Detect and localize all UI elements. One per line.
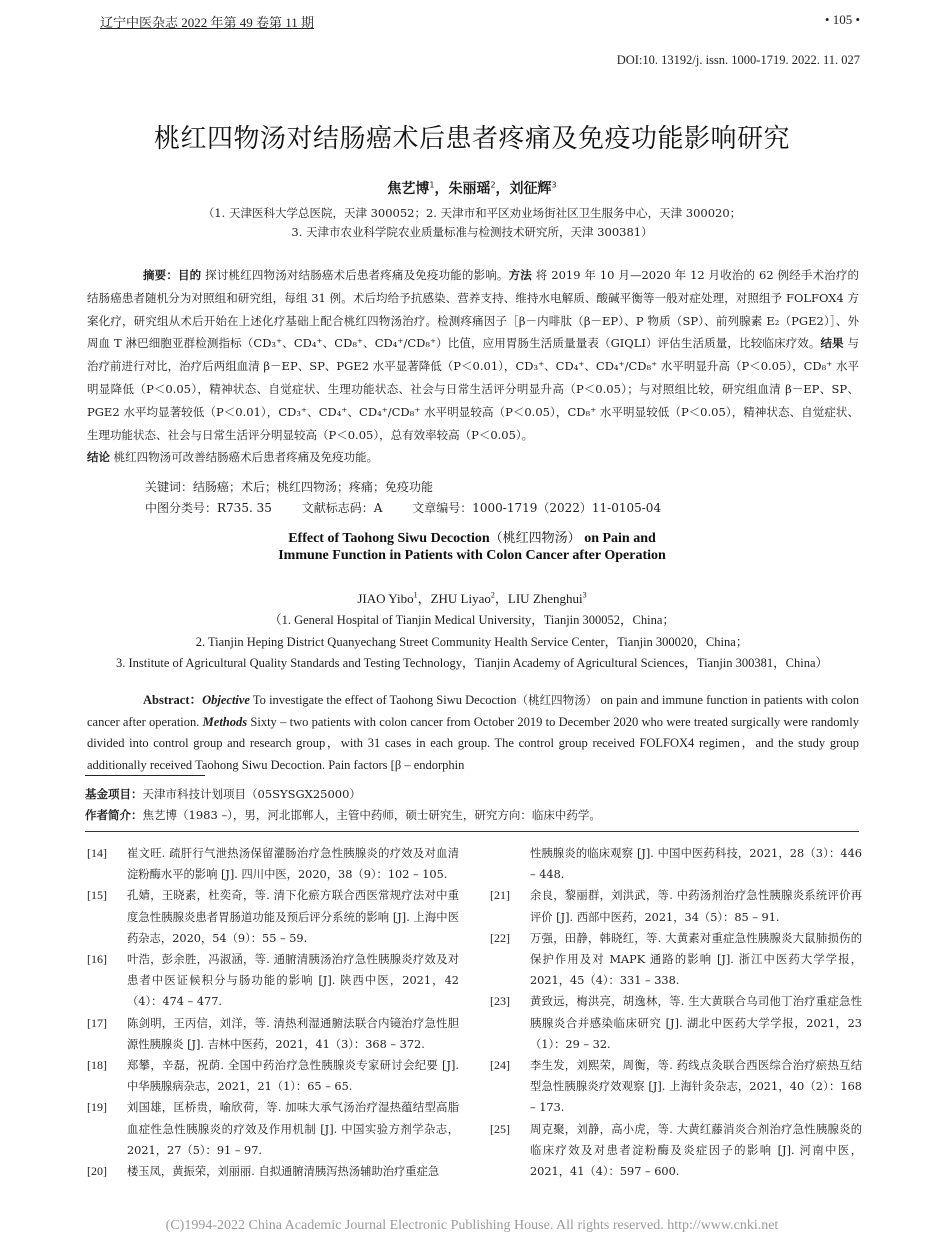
article-title-en-line2: Immune Function in Patients with Colon C… <box>0 548 944 564</box>
reference-item: [15]孔婧，王晓素，杜奕奇，等. 清下化瘀方联合西医常规疗法对中重度急性胰腺炎… <box>87 885 459 949</box>
abstract-label: 摘要： <box>143 268 178 282</box>
article-no-value: 1000-1719（2022）11-0105-04 <box>472 501 661 515</box>
abstract-cn: 摘要：目的 探讨桃红四物汤对结肠癌术后患者疼痛及免疫功能的影响。方法 将 201… <box>87 264 859 469</box>
clc-value: R735. 35 <box>217 501 272 515</box>
affiliation-en-line: （1. General Hospital of Tianjin Medical … <box>0 610 944 628</box>
authors-en: JIAO Yibo1，ZHU Liyao2，LIU Zhenghui3 <box>0 588 944 607</box>
methods-label: 方法 <box>509 268 532 282</box>
reference-number: [14] <box>87 843 127 885</box>
objective-en-label: Objective <box>202 693 250 707</box>
results-label: 结果 <box>820 336 843 350</box>
affiliation-cn-line: （1. 天津医科大学总医院，天津 300052；2. 天津市和平区劝业场街社区卫… <box>0 205 944 221</box>
reference-item-continued: 性胰腺炎的临床观察 [J]. 中国中医药科技，2021，28（3）：446 – … <box>490 843 862 885</box>
copyright-notice: (C)1994-2022 China Academic Journal Elec… <box>0 1218 944 1234</box>
conclusion-label: 结论 <box>87 450 110 464</box>
journal-issue-header: 辽宁中医杂志 2022 年第 49 卷第 11 期 <box>100 12 314 31</box>
title-en-part: Effect of Taohong Siwu Decoction <box>288 531 489 546</box>
doi: DOI:10. 13192/j. issn. 1000-1719. 2022. … <box>617 53 860 68</box>
classification-row: 中图分类号：R735. 35 文献标志码：A 文章编号：1000-1719（20… <box>145 499 661 516</box>
reference-item: [14]崔文旺. 疏肝行气泄热汤保留灌肠治疗急性胰腺炎的疗效及对血清淀粉酶水平的… <box>87 843 459 885</box>
doc-code-label: 文献标志码： <box>302 501 374 515</box>
author-sup: 2 <box>491 591 495 600</box>
objective-en-cn: （桃红四物汤） <box>517 693 598 707</box>
reference-item: [24]李生发，刘熙荣，周衡，等. 药线点灸联合西医综合治疗瘀热互结型急性胰腺炎… <box>490 1055 862 1119</box>
reference-item: [20]楼玉凤，黄振荣，刘丽丽. 自拟通腑清胰泻热汤辅助治疗重症急 <box>87 1161 459 1182</box>
reference-number: [18] <box>87 1055 127 1097</box>
bio-value: 焦艺博（1983 –），男，河北邯郸人，主管中药师，硕士研究生，研究方向：临床中… <box>143 808 601 822</box>
keywords-value: 结肠癌；术后；桃红四物汤；疼痛；免疫功能 <box>193 480 433 494</box>
reference-text: 李生发，刘熙荣，周衡，等. 药线点灸联合西医综合治疗瘀热互结型急性胰腺炎疗效观察… <box>530 1055 862 1119</box>
conclusion-text: 桃红四物汤可改善结肠癌术后患者疼痛及免疫功能。 <box>110 450 378 464</box>
reference-item: [25]周克聚，刘静，高小虎，等. 大黄红藤消炎合剂治疗急性胰腺炎的临床疗效及对… <box>490 1119 862 1183</box>
affiliation-cn-line: 3. 天津市农业科学院农业质量标准与检测技术研究所，天津 300381） <box>0 224 944 240</box>
reference-text: 性胰腺炎的临床观察 [J]. 中国中医药科技，2021，28（3）：446 – … <box>530 843 862 885</box>
reference-text: 陈剑明，王丙信，刘洋，等. 清热利湿通腑法联合内镜治疗急性胆源性胰腺炎 [J].… <box>127 1013 459 1055</box>
title-en-part: on Pain and <box>581 531 656 546</box>
affiliation-en-line: 3. Institute of Agricultural Quality Sta… <box>0 653 944 671</box>
reference-number <box>490 843 530 885</box>
reference-number: [22] <box>490 928 530 992</box>
reference-text: 叶浩，彭余胜，冯淑涵，等. 通腑清胰汤治疗急性胰腺炎疗效及对患者中医证候积分与肠… <box>127 949 459 1013</box>
reference-number: [25] <box>490 1119 530 1183</box>
objective-en-text: To investigate the effect of Taohong Siw… <box>250 693 517 707</box>
objective-text: 探讨桃红四物汤对结肠癌术后患者疼痛及免疫功能的影响。 <box>201 268 508 282</box>
author-name: 刘征辉 <box>510 181 552 197</box>
reference-text: 余良，黎丽群，刘洪武，等. 中药汤剂治疗急性胰腺炎系统评价再评价 [J]. 西部… <box>530 885 862 927</box>
results-text: 与治疗前进行对比，治疗后两组血清 β－EP、SP、PGE2 水平显著降低（P＜0… <box>87 336 859 441</box>
affiliation-en-line: 2. Tianjin Heping District Quanyechang S… <box>0 632 944 650</box>
funding-value: 天津市科技计划项目（05SYSGX25000） <box>143 787 361 801</box>
author-sup: 3 <box>583 591 587 600</box>
references-left-column: [14]崔文旺. 疏肝行气泄热汤保留灌肠治疗急性胰腺炎的疗效及对血清淀粉酶水平的… <box>87 843 459 1182</box>
reference-number: [15] <box>87 885 127 949</box>
reference-number: [17] <box>87 1013 127 1055</box>
reference-item: [21]余良，黎丽群，刘洪武，等. 中药汤剂治疗急性胰腺炎系统评价再评价 [J]… <box>490 885 862 927</box>
page-number: • 105 • <box>825 12 860 28</box>
author-sup: 2 <box>490 180 495 189</box>
reference-number: [24] <box>490 1055 530 1119</box>
footnote-divider <box>85 775 205 776</box>
reference-text: 黄致远，梅洪亮，胡逸林，等. 生大黄联合乌司他丁治疗重症急性胰腺炎合并感染临床研… <box>530 991 862 1055</box>
author-sup: 1 <box>414 591 418 600</box>
author-bio-footnote: 作者简介：焦艺博（1983 –），男，河北邯郸人，主管中药师，硕士研究生，研究方… <box>85 807 601 823</box>
reference-text: 孔婧，王晓素，杜奕奇，等. 清下化瘀方联合西医常规疗法对中重度急性胰腺炎患者胃肠… <box>127 885 459 949</box>
reference-text: 刘国雄，匡桥贵，喻欣荷，等. 加味大承气汤治疗湿热蕴结型高脂血症性急性胰腺炎的疗… <box>127 1097 459 1161</box>
article-title-en-line1: Effect of Taohong Siwu Decoction（桃红四物汤） … <box>0 527 944 547</box>
author-sup: 1 <box>429 180 434 189</box>
reference-number: [21] <box>490 885 530 927</box>
author-name: 焦艺博 <box>387 181 429 197</box>
reference-item: [19]刘国雄，匡桥贵，喻欣荷，等. 加味大承气汤治疗湿热蕴结型高脂血症性急性胰… <box>87 1097 459 1161</box>
reference-text: 万强，田静，韩晓红，等. 大黄素对重症急性胰腺炎大鼠肺损伤的保护作用及对 MAP… <box>530 928 862 992</box>
keywords-label: 关键词： <box>145 480 193 494</box>
reference-text: 楼玉凤，黄振荣，刘丽丽. 自拟通腑清胰泻热汤辅助治疗重症急 <box>127 1161 459 1182</box>
author-name: JIAO Yibo <box>357 591 413 606</box>
reference-number: [19] <box>87 1097 127 1161</box>
reference-number: [20] <box>87 1161 127 1182</box>
funding-footnote: 基金项目：天津市科技计划项目（05SYSGX25000） <box>85 786 361 802</box>
objective-label: 目的 <box>178 268 201 282</box>
author-name: LIU Zhenghui <box>508 591 583 606</box>
author-sup: 3 <box>552 180 557 189</box>
section-divider <box>85 831 859 832</box>
reference-text: 郑攀，辛磊，祝荫. 全国中药治疗急性胰腺炎专家研讨会纪要 [J]. 中华胰腺病杂… <box>127 1055 459 1097</box>
methods-en-label: Methods <box>203 715 247 729</box>
keywords-row: 关键词：结肠癌；术后；桃红四物汤；疼痛；免疫功能 <box>145 478 433 495</box>
reference-item: [16]叶浩，彭余胜，冯淑涵，等. 通腑清胰汤治疗急性胰腺炎疗效及对患者中医证候… <box>87 949 459 1013</box>
author-name: ZHU Liyao <box>431 591 491 606</box>
reference-item: [18]郑攀，辛磊，祝荫. 全国中药治疗急性胰腺炎专家研讨会纪要 [J]. 中华… <box>87 1055 459 1097</box>
funding-label: 基金项目： <box>85 787 143 801</box>
abstract-en: Abstract：Objective To investigate the ef… <box>87 690 859 776</box>
title-en-cn-part: （桃红四物汤） <box>490 531 581 546</box>
doc-code-value: A <box>374 501 383 515</box>
reference-number: [23] <box>490 991 530 1055</box>
bio-label: 作者简介： <box>85 808 143 822</box>
reference-text: 崔文旺. 疏肝行气泄热汤保留灌肠治疗急性胰腺炎的疗效及对血清淀粉酶水平的影响 [… <box>127 843 459 885</box>
abstract-en-label: Abstract： <box>143 693 202 707</box>
reference-item: [23]黄致远，梅洪亮，胡逸林，等. 生大黄联合乌司他丁治疗重症急性胰腺炎合并感… <box>490 991 862 1055</box>
references-right-column: 性胰腺炎的临床观察 [J]. 中国中医药科技，2021，28（3）：446 – … <box>490 843 862 1182</box>
reference-text: 周克聚，刘静，高小虎，等. 大黄红藤消炎合剂治疗急性胰腺炎的临床疗效及对患者淀粉… <box>530 1119 862 1183</box>
author-name: 朱丽瑶 <box>448 181 490 197</box>
reference-number: [16] <box>87 949 127 1013</box>
clc-label: 中图分类号： <box>145 501 217 515</box>
article-title-cn: 桃红四物汤对结肠癌术后患者疼痛及免疫功能影响研究 <box>0 118 944 155</box>
article-no-label: 文章编号： <box>412 501 472 515</box>
reference-item: [17]陈剑明，王丙信，刘洋，等. 清热利湿通腑法联合内镜治疗急性胆源性胰腺炎 … <box>87 1013 459 1055</box>
authors-cn: 焦艺博1，朱丽瑶2，刘征辉3 <box>0 178 944 198</box>
reference-item: [22]万强，田静，韩晓红，等. 大黄素对重症急性胰腺炎大鼠肺损伤的保护作用及对… <box>490 928 862 992</box>
